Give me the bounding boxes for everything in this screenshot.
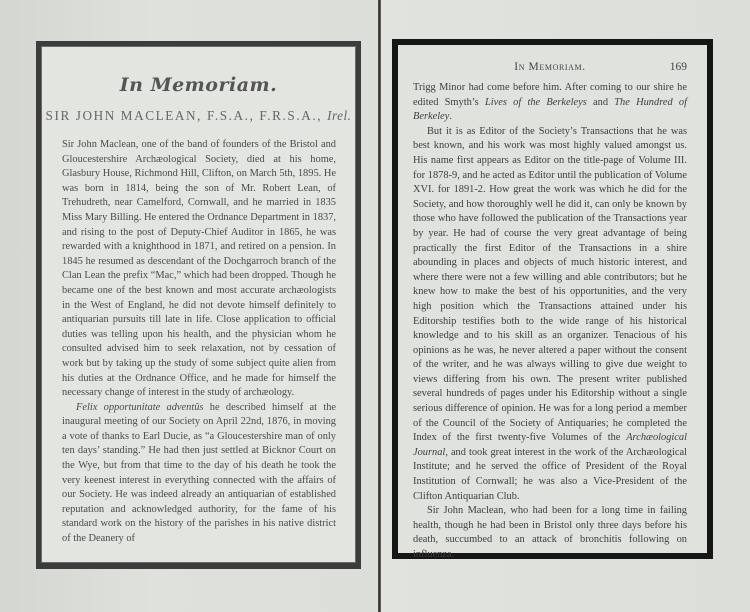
subtitle-italic: Irel. — [327, 108, 351, 123]
paragraph: But it is as Editor of the Society’s Tra… — [413, 125, 687, 504]
book-spine-gutter — [378, 0, 381, 612]
right-page-mourning-border: In Memoriam. 169 Trigg Minor had come be… — [392, 39, 713, 559]
left-page-body: Sir John Maclean, one of the band of fou… — [62, 138, 336, 547]
paragraph: Felix opportunitate adventûs he describe… — [62, 401, 336, 547]
obituary-subtitle: SIR JOHN MACLEAN, F.S.A., F.R.S.A., Irel… — [41, 108, 356, 124]
paragraph: Trigg Minor had come before him. After c… — [413, 81, 687, 125]
page-number: 169 — [670, 61, 687, 73]
memoriam-heading: In Memoriam. — [41, 74, 356, 96]
paragraph: Sir John Maclean, who had been for a lon… — [413, 504, 687, 562]
left-page-mourning-border: In Memoriam. SIR JOHN MACLEAN, F.S.A., F… — [36, 41, 361, 569]
paragraph: Sir John Maclean, one of the band of fou… — [62, 138, 336, 401]
running-head: In Memoriam. 169 — [413, 61, 687, 75]
running-head-title: In Memoriam. — [413, 61, 687, 73]
subtitle-name: SIR JOHN MACLEAN, F.S.A., F.R.S.A., — [46, 108, 323, 123]
right-page-body: Trigg Minor had come before him. After c… — [413, 81, 687, 563]
latin-phrase: Felix opportunitate adventûs — [76, 402, 203, 413]
book-title: Lives of the Berkeleys — [485, 97, 587, 108]
